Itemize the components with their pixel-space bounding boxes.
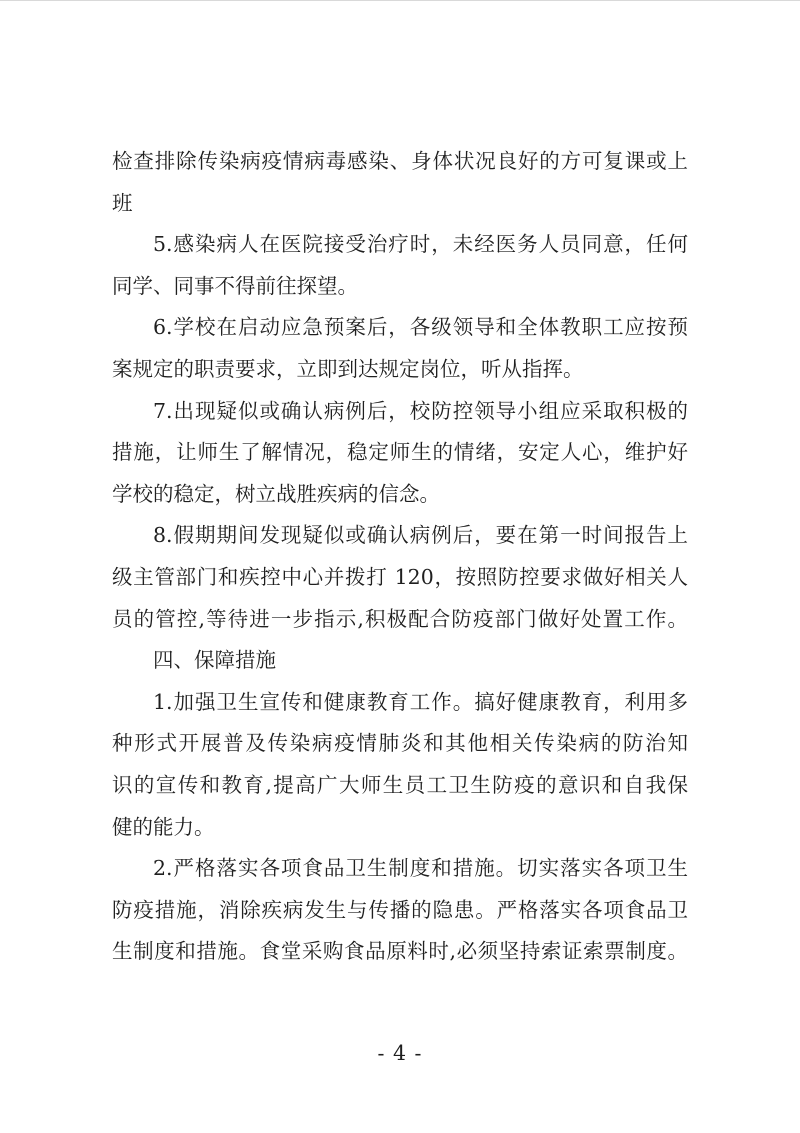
text-line: 识的宣传和教育,提高广大师生员工卫生防疫的意识和自我保 xyxy=(112,765,688,807)
text-line: 1.加强卫生宣传和健康教育工作。搞好健康教育，利用多 xyxy=(112,682,688,724)
text-line: 7.出现疑似或确认病例后，校防控领导小组应采取积极的 xyxy=(112,391,688,433)
page-number: - 4 - xyxy=(378,1041,423,1065)
text-line: 防疫措施，消除疾病发生与传播的隐患。严格落实各项食品卫 xyxy=(112,890,688,932)
text-line: 班 xyxy=(112,183,688,225)
document-page: 检查排除传染病疫情病毒感染、身体状况良好的方可复课或上班5.感染病人在医院接受治… xyxy=(0,0,800,1133)
text-line: 2.严格落实各项食品卫生制度和措施。切实落实各项卫生 xyxy=(112,848,688,890)
text-line: 5.感染病人在医院接受治疗时，未经医务人员同意，任何 xyxy=(112,224,688,266)
document-body: 检查排除传染病疫情病毒感染、身体状况良好的方可复课或上班5.感染病人在医院接受治… xyxy=(112,141,688,973)
page-footer: - 4 - xyxy=(0,1041,800,1065)
text-line: 健的能力。 xyxy=(112,807,688,849)
text-line: 四、保障措施 xyxy=(112,640,688,682)
text-line: 措施，让师生了解情况，稳定师生的情绪，安定人心，维护好 xyxy=(112,432,688,474)
text-line: 案规定的职责要求，立即到达规定岗位，听从指挥。 xyxy=(112,349,688,391)
text-line: 生制度和措施。食堂采购食品原料时,必须坚持索证索票制度。 xyxy=(112,931,688,973)
text-line: 学校的稳定，树立战胜疾病的信念。 xyxy=(112,474,688,516)
text-line: 6.学校在启动应急预案后，各级领导和全体教职工应按预 xyxy=(112,307,688,349)
text-line: 检查排除传染病疫情病毒感染、身体状况良好的方可复课或上 xyxy=(112,141,688,183)
text-line: 同学、同事不得前往探望。 xyxy=(112,266,688,308)
text-line: 种形式开展普及传染病疫情肺炎和其他相关传染病的防治知 xyxy=(112,723,688,765)
text-line: 级主管部门和疾控中心并拨打 120，按照防控要求做好相关人 xyxy=(112,557,688,599)
text-line: 8.假期期间发现疑似或确认病例后，要在第一时间报告上 xyxy=(112,515,688,557)
text-line: 员的管控,等待进一步指示,积极配合防疫部门做好处置工作。 xyxy=(112,599,688,641)
